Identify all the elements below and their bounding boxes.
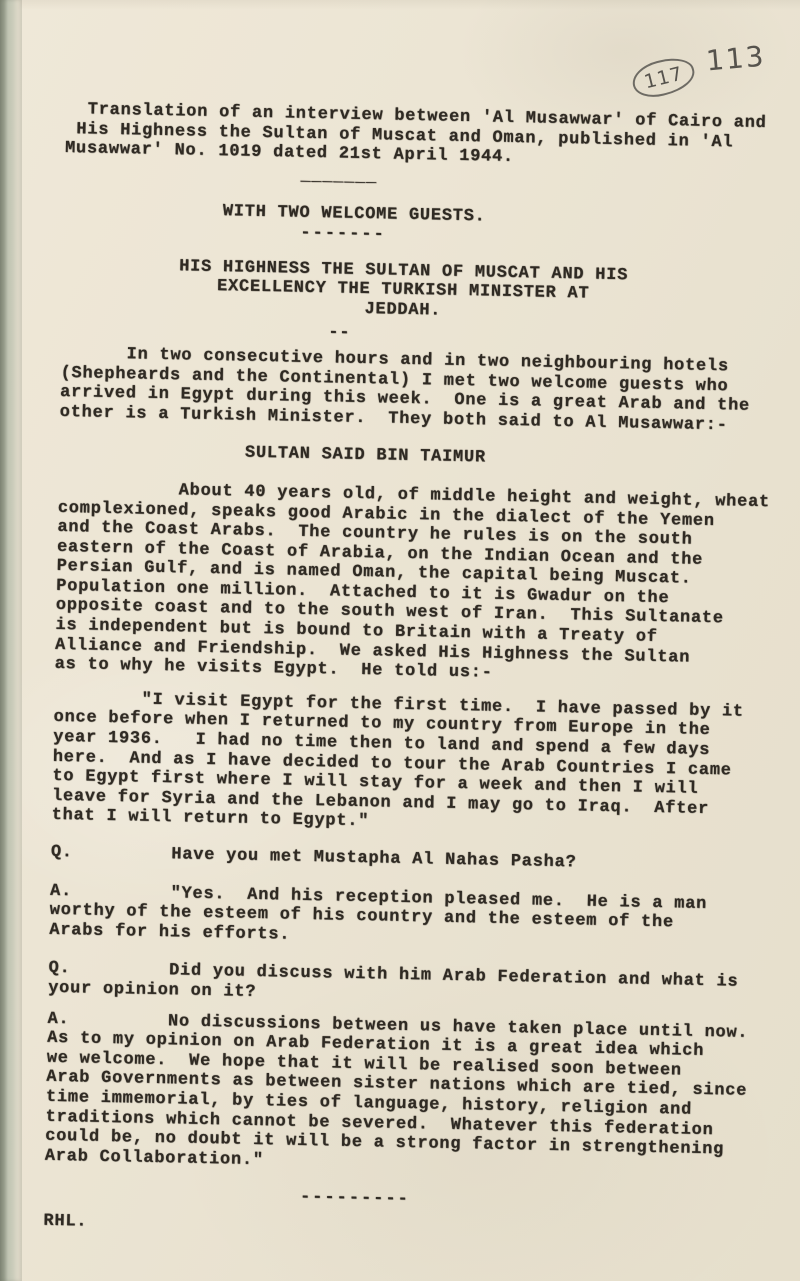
handwritten-page-number: 113 (705, 39, 767, 77)
divider-rule-short: -- (328, 324, 773, 353)
sub-heading: HIS HIGHNESS THE SULTAN OF MUSCAT AND HI… (177, 257, 630, 325)
qa-question-1: Q. Have you met Mustapha Al Nahas Pasha? (51, 843, 763, 877)
paragraph-sultan-description: About 40 years old, of middle height and… (54, 479, 770, 689)
typist-initials: RHL. (43, 1212, 755, 1246)
paragraph-introduction: In two consecutive hours and in two neig… (60, 344, 773, 437)
qa-question-2: Q. Did you discuss with him Arab Federat… (48, 959, 761, 1012)
section-heading-sultan: SULTAN SAID BIN TAIMUR (245, 444, 771, 474)
document-title: Translation of an interview between 'Al … (65, 100, 778, 173)
scanned-document-page: 113 117 Translation of an interview betw… (0, 0, 800, 1281)
qa-answer-1: A. "Yes. And his reception pleased me. H… (49, 881, 762, 954)
paragraph-sultan-quote: "I visit Egypt for the first time. I hav… (51, 689, 766, 840)
qa-answer-2: A. No discussions between us have taken … (45, 1009, 760, 1180)
typed-document-content: Translation of an interview between 'Al … (43, 100, 778, 1246)
handwritten-circled-number: 117 (629, 53, 699, 102)
page-binding-edge (0, 0, 22, 1281)
closing-rule: --------- (300, 1188, 756, 1217)
